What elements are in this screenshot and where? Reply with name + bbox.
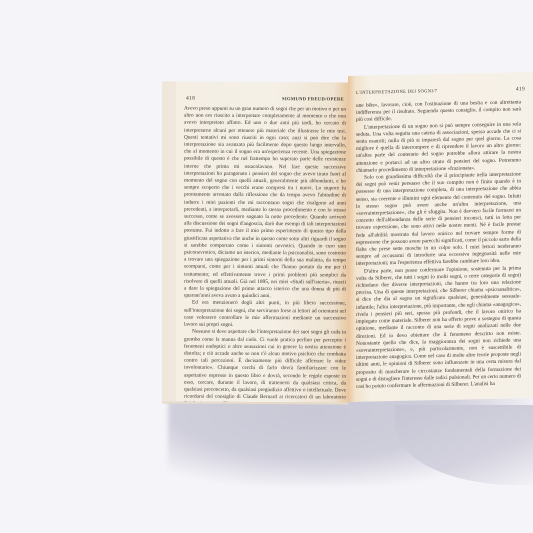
running-head-right: L'INTERPRETAZIONE DEI SOGNI/7 <box>356 88 437 95</box>
page-number-right: 419 <box>516 86 525 92</box>
right-page: L'INTERPRETAZIONE DEI SOGNI/7 419 une bê… <box>348 72 533 402</box>
page-number-left: 418 <box>186 96 195 102</box>
photo-scene: 418 SIGMUND FREUD/OPERE Avevo preso appu… <box>0 0 533 533</box>
paragraph: Ed ora menzionerò degli altri punti, in … <box>184 300 346 330</box>
paragraph: L'interpretazione di un sogno non si può… <box>356 121 521 175</box>
paragraph: Avevo preso appunti su un gran numero di… <box>184 106 346 301</box>
right-page-body: une bête», lavorare, cioè, con l'ostinaz… <box>356 99 521 391</box>
paragraph: Nessuno si deve aspettare che l'interpre… <box>184 329 346 405</box>
left-page-body: Avevo preso appunti su un gran numero di… <box>184 106 346 405</box>
paragraph: D'altra parte, non posso confermare l'op… <box>356 265 521 391</box>
left-page: 418 SIGMUND FREUD/OPERE Avevo preso appu… <box>162 82 348 405</box>
running-head-left: SIGMUND FREUD/OPERE <box>282 96 344 101</box>
paragraph: Solo con grandissima difficoltà che il p… <box>356 171 521 268</box>
open-book: 418 SIGMUND FREUD/OPERE Avevo preso appu… <box>162 82 533 402</box>
